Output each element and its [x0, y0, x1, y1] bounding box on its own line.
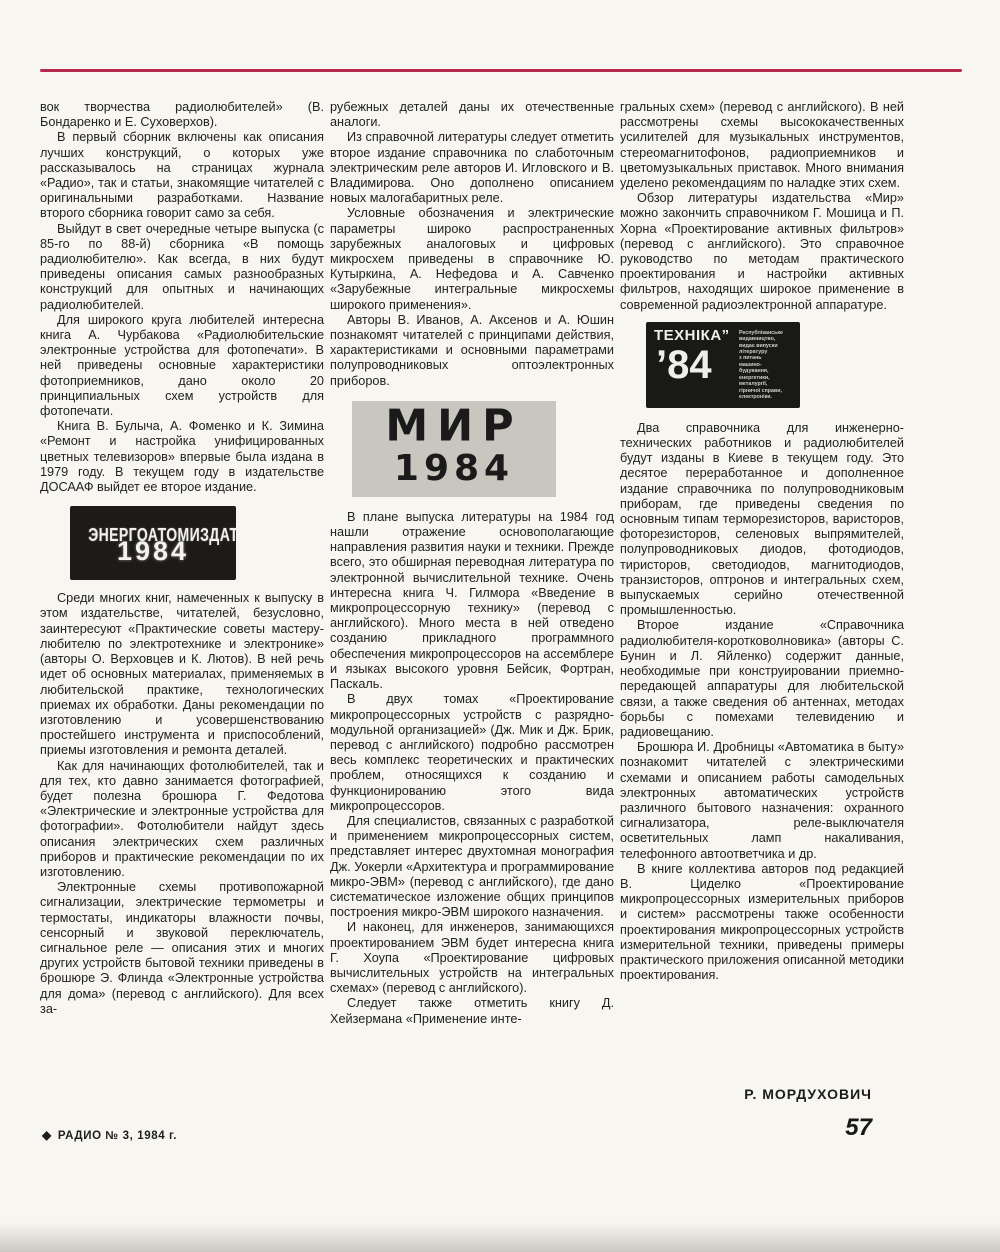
paragraph: Среди многих книг, намеченных к выпуску …	[40, 591, 324, 758]
publisher-logo-tehnika: ТЕХНІКА” ’84 Республіканськевидавництво,…	[646, 322, 800, 408]
logo-publisher-name: МИР	[352, 402, 556, 449]
paragraph: Как для начинающих фотолюбителей, так и …	[40, 759, 324, 881]
paragraph: рубежных деталей даны их отечественные а…	[330, 100, 614, 130]
paragraph: И наконец, для инженеров, занимающихся п…	[330, 920, 614, 996]
paragraph: Следует также отметить книгу Д. Хейзерма…	[330, 996, 614, 1026]
diamond-icon: ◆	[42, 1128, 52, 1142]
logo-year: 1984	[70, 544, 236, 559]
paragraph: Два справочника для инженерно-технически…	[620, 421, 904, 619]
paragraph: вок творчества радиолюбителей» (В. Бонда…	[40, 100, 324, 130]
paragraph: В первый сборник включены как описания л…	[40, 130, 324, 221]
logo-description-lines: Республіканськевидавництво,видає випуски…	[739, 328, 796, 404]
publisher-logo-mir: МИР 1984	[352, 401, 556, 497]
paragraph: Условные обозначения и электрические пар…	[330, 206, 614, 312]
paragraph: Электронные схемы противопожарной сигнал…	[40, 880, 324, 1017]
text-column-right: гральных схем» (перевод с английского). …	[620, 100, 904, 983]
paragraph: гральных схем» (перевод с английского). …	[620, 100, 904, 191]
logo-left-block: ТЕХНІКА” ’84	[654, 328, 739, 404]
top-rule-divider	[40, 69, 962, 72]
paragraph: Книга В. Булыча, А. Фоменко и К. Зимина …	[40, 419, 324, 495]
paragraph: Из справочной литературы следует отметит…	[330, 130, 614, 206]
paragraph: Второе издание «Справочника радиолюбител…	[620, 618, 904, 740]
logo-publisher-name: ЭНЕРГОАТОМИЗДАТ	[88, 528, 217, 543]
logo-year: ’84	[656, 346, 739, 384]
scan-shadow	[0, 1222, 1000, 1252]
paragraph: Для широкого круга любителей интересна к…	[40, 313, 324, 419]
page-number: 57	[845, 1114, 872, 1142]
text-column-left: вок творчества радиолюбителей» (В. Бонда…	[40, 100, 324, 1017]
journal-issue-label: РАДИО № 3, 1984 г.	[58, 1130, 177, 1142]
publisher-logo-energoatomizdat: ЭНЕРГОАТОМИЗДАТ 1984	[70, 506, 236, 580]
text-column-center: рубежных деталей даны их отечественные а…	[330, 100, 614, 1027]
logo-year: 1984	[352, 449, 556, 489]
paragraph: Обзор литературы издательства «Мир» можн…	[620, 191, 904, 313]
paragraph: В двух томах «Проектирование микропроцес…	[330, 692, 614, 814]
magazine-page: вок творчества радиолюбителей» (В. Бонда…	[0, 0, 1000, 1252]
author-byline: Р. МОРДУХОВИЧ	[744, 1086, 872, 1102]
paragraph: В книге коллектива авторов под редакцией…	[620, 862, 904, 984]
journal-footer: ◆РАДИО № 3, 1984 г.	[42, 1128, 177, 1142]
logo-publisher-name: ТЕХНІКА”	[654, 328, 739, 343]
paragraph: В плане выпуска литературы на 1984 год н…	[330, 510, 614, 692]
paragraph: Выйдут в свет очередные четыре выпуска (…	[40, 222, 324, 313]
paragraph: Для специалистов, связанных с разработко…	[330, 814, 614, 920]
paragraph: Авторы В. Иванов, А. Аксенов и А. Юшин п…	[330, 313, 614, 389]
paragraph: Брошюра И. Дробницы «Автоматика в быту» …	[620, 740, 904, 862]
